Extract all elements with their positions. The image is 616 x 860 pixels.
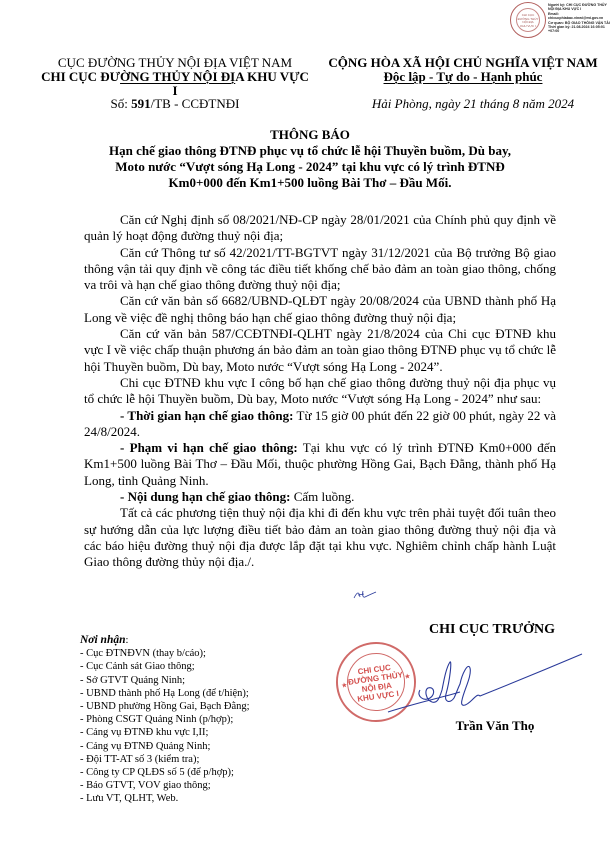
title-line: Hạn chế giao thông ĐTNĐ phục vụ tổ chức …: [60, 143, 560, 159]
restriction-label: - Nội dung hạn chế giao thông:: [120, 489, 290, 504]
dsig-time: Thời gian ký: 21.08.2024 16:05:01 +07:00: [548, 25, 614, 34]
legal-basis: Căn cứ văn bản số 6682/UBND-QLĐT ngày 20…: [84, 293, 556, 326]
signatory-name: Trần Văn Thọ: [400, 718, 590, 734]
national-motto: Độc lập - Tự do - Hạnh phúc: [384, 69, 543, 84]
recipient-item: - Báo GTVT, VOV giao thông;: [80, 779, 340, 792]
agency-name: CHI CỤC ĐƯỜNG THỦY NỘI ĐỊA KHU VỰC I: [40, 70, 310, 98]
dsig-stamp-line: KHU VỰC I: [511, 25, 545, 29]
title-line: Km0+000 đến Km1+500 luồng Bài Thơ – Đầu …: [60, 175, 560, 191]
recipients-heading-colon: :: [125, 635, 128, 646]
country-name: CỘNG HÒA XÃ HỘI CHỦ NGHĨA VIỆT NAM: [320, 56, 606, 70]
recipient-item: - Cảng vụ ĐTNĐ Quảng Ninh;: [80, 740, 340, 753]
announcement: Chi cục ĐTNĐ khu vực I công bố hạn chế g…: [84, 375, 556, 408]
doc-number-value: 591: [131, 96, 151, 111]
recipient-item: - Cục Cảnh sát Giao thông;: [80, 660, 340, 673]
title-heading: THÔNG BÁO: [60, 127, 560, 143]
legal-basis: Căn cứ Thông tư số 42/2021/TT-BGTVT ngày…: [84, 245, 556, 294]
recipient-item: - Công ty CP QLĐS số 5 (để p/hợp);: [80, 766, 340, 779]
agency-name-underlined: ỜNG THỦY NỘI ĐỊ: [120, 69, 235, 84]
recipient-item: - Đội TT-AT số 3 (kiểm tra);: [80, 753, 340, 766]
national-header: CỘNG HÒA XÃ HỘI CHỦ NGHĨA VIỆT NAM Độc l…: [320, 56, 606, 84]
title-line: Moto nước “Vượt sóng Hạ Long - 2024” tại…: [60, 159, 560, 175]
document-title: THÔNG BÁO Hạn chế giao thông ĐTNĐ phục v…: [60, 127, 560, 191]
doc-number-suffix: /TB - CCĐTNĐI: [151, 96, 240, 111]
recipient-item: - Cảng vụ ĐTNĐ khu vực I,II;: [80, 726, 340, 739]
restriction-item: - Phạm vi hạn chế giao thông: Tại khu vự…: [84, 440, 556, 489]
dsig-email: Email: chicucphiabac.vinwi@mt.gov.vn: [548, 12, 614, 21]
recipients-heading: Nơi nhận: [80, 634, 125, 646]
restriction-text: Cấm luồng.: [290, 489, 354, 504]
document-body: Căn cứ Nghị định số 08/2021/NĐ-CP ngày 2…: [84, 212, 556, 571]
agency-header: CỤC ĐƯỜNG THỦY NỘI ĐỊA VIỆT NAM CHI CỤC …: [40, 56, 310, 98]
recipient-item: - Lưu VT, QLHT, Web.: [80, 792, 340, 805]
digital-signature-info: Người ký: CHI CỤC ĐƯỜNG THỦY NỘI ĐỊA KHU…: [548, 3, 614, 34]
signatory-title: CHI CỤC TRƯỞNG: [392, 622, 592, 638]
legal-basis: Căn cứ Nghị định số 08/2021/NĐ-CP ngày 2…: [84, 212, 556, 245]
restriction-item: - Nội dung hạn chế giao thông: Cấm luồng…: [84, 489, 556, 505]
agency-name-part: CHI CỤC ĐƯ: [41, 69, 120, 84]
initials-mark: [352, 589, 378, 601]
place-date: Hải Phòng, ngày 21 tháng 8 năm 2024: [340, 96, 606, 112]
restriction-label: - Thời gian hạn chế giao thông:: [120, 408, 293, 423]
recipient-item: - UBND phường Hồng Gai, Bạch Đằng;: [80, 700, 340, 713]
closing-paragraph: Tất cả các phương tiện thuỷ nội địa khi …: [84, 505, 556, 570]
recipient-item: - UBND thành phố Hạ Long (để t/hiện);: [80, 687, 340, 700]
legal-basis: Căn cứ văn bản 587/CCĐTNĐI-QLHT ngày 21/…: [84, 326, 556, 375]
dsig-stamp-line: ĐƯỜNG THỦY: [511, 18, 545, 22]
restriction-item: - Thời gian hạn chế giao thông: Từ 15 gi…: [84, 408, 556, 441]
digital-signature-stamp: CHI CỤC ĐƯỜNG THỦY NỘI ĐỊA KHU VỰC I: [510, 2, 546, 38]
dsig-signer: Người ký: CHI CỤC ĐƯỜNG THỦY NỘI ĐỊA KHU…: [548, 3, 614, 12]
handwritten-signature: [380, 650, 590, 720]
recipient-item: - Cục ĐTNĐVN (thay b/cáo);: [80, 647, 340, 660]
recipient-item: - Phòng CSGT Quảng Ninh (p/hợp);: [80, 713, 340, 726]
recipient-item: - Sở GTVT Quảng Ninh;: [80, 674, 340, 687]
restriction-label: - Phạm vi hạn chế giao thông:: [120, 440, 298, 455]
document-number: Số: 591/TB - CCĐTNĐI: [40, 96, 310, 112]
doc-number-label: Số:: [111, 96, 132, 111]
agency-parent: CỤC ĐƯỜNG THỦY NỘI ĐỊA VIỆT NAM: [40, 56, 310, 70]
recipients-list: Nơi nhận: - Cục ĐTNĐVN (thay b/cáo);- Cụ…: [80, 634, 340, 806]
